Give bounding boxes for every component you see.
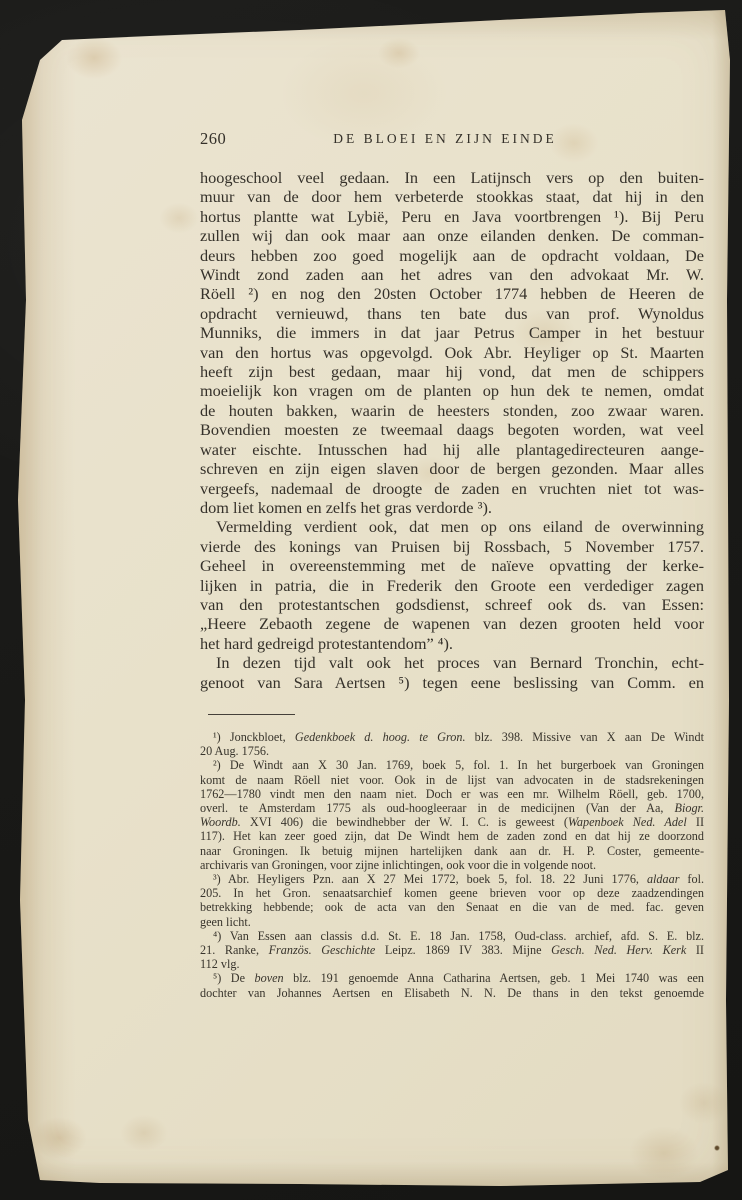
text-line: vergeefs, nademaal de droogte de zaden e…	[200, 479, 704, 498]
text-line: Windt zond zaden aan het adres van den a…	[200, 265, 704, 284]
text-line: van den protestantschen godsdienst, schr…	[200, 595, 704, 614]
footnote: ⁵) De boven blz. 191 genoemde Anna Catha…	[200, 971, 704, 999]
page-number: 260	[200, 129, 226, 149]
text-line: genoot van Sara Aertsen ⁵) tegen eene be…	[200, 673, 704, 692]
text-line: water eischte. Intusschen had hij alle p…	[200, 440, 704, 459]
text-line: lijken in patria, die in Frederik den Gr…	[200, 576, 704, 595]
paper-page: 260 DE BLOEI EN ZIJN EINDE hoogeschool v…	[14, 8, 732, 1188]
paragraph: Vermelding verdient ook, dat men op ons …	[200, 517, 704, 653]
footnote-line: naar Groningen. Ik betuig mijnen harteli…	[200, 844, 704, 858]
footnote-line: geen licht.	[200, 915, 704, 929]
text-line: opdracht vernieuwd, thans ten bate dus v…	[200, 304, 704, 323]
footnote-line: archivaris van Groningen, voor zijne inl…	[200, 858, 704, 872]
footnote-line: overl. te Amsterdam 1775 als oud-hooglee…	[200, 801, 704, 815]
running-header: DE BLOEI EN ZIJN EINDE	[200, 129, 704, 147]
footnote-line: 20 Aug. 1756.	[200, 744, 704, 758]
footnote-line: betrekking hebbende; ook de acta van den…	[200, 900, 704, 914]
text-line: hortus plantte wat Lybië, Peru en Java v…	[200, 207, 704, 226]
text-line: muur van de door hem verbeterde stookkas…	[200, 187, 704, 206]
text-line: vierde des konings van Pruisen bij Rossb…	[200, 537, 704, 556]
text-line: de houten bakken, waarin de heesters sto…	[200, 401, 704, 420]
footnote-line: 205. In het Gron. senaatsarchief komen g…	[200, 886, 704, 900]
text-line: deurs hebben zoo goed mogelijk aan de op…	[200, 246, 704, 265]
text-line: Vermelding verdient ook, dat men op ons …	[200, 517, 704, 536]
text-line: van den hortus was opgevolgd. Ook Abr. H…	[200, 343, 704, 362]
footnote-separator	[208, 714, 295, 715]
footnote-line: komt de naam Röell niet voor. Ook in de …	[200, 773, 704, 787]
footnote-line: 112 vlg.	[200, 957, 704, 971]
text-line: dom liet komen en zelfs het gras verdord…	[200, 498, 704, 517]
paragraph: In dezen tijd valt ook het proces van Be…	[200, 653, 704, 692]
footnote: ⁴) Van Essen aan classis d.d. St. E. 18 …	[200, 929, 704, 972]
text-line: moeielijk kon vragen om de planten op hu…	[200, 381, 704, 400]
footnotes: ¹) Jonckbloet, Gedenkboek d. hoog. te Gr…	[200, 730, 704, 1000]
footnote-line: 117). Het kan zeer goed zijn, dat De Win…	[200, 829, 704, 843]
body-text: hoogeschool veel gedaan. In een Latijnsc…	[200, 168, 704, 692]
footnote-line: ²) De Windt aan X 30 Jan. 1769, boek 5, …	[200, 758, 704, 772]
footnote-line: 21. Ranke, Französ. Geschichte Leipz. 18…	[200, 943, 704, 957]
footnote: ¹) Jonckbloet, Gedenkboek d. hoog. te Gr…	[200, 730, 704, 758]
text-line: „Heere Zebaoth zegene de wapenen van dez…	[200, 614, 704, 633]
footnote-line: ⁵) De boven blz. 191 genoemde Anna Catha…	[200, 971, 704, 985]
footnote-line: dochter van Johannes Aertsen en Elisabet…	[200, 986, 704, 1000]
paragraph: hoogeschool veel gedaan. In een Latijnsc…	[200, 168, 704, 517]
text-line: heeft zijn best gedaan, maar hij vond, d…	[200, 362, 704, 381]
text-line: het hard gedreigd protestantendom” ⁴).	[200, 634, 704, 653]
footnote: ²) De Windt aan X 30 Jan. 1769, boek 5, …	[200, 758, 704, 872]
footnote-line: 1762—1780 vindt men den naam niet. Doch …	[200, 787, 704, 801]
text-line: hoogeschool veel gedaan. In een Latijnsc…	[200, 168, 704, 187]
footnote-line: ⁴) Van Essen aan classis d.d. St. E. 18 …	[200, 929, 704, 943]
footnote-line: ¹) Jonckbloet, Gedenkboek d. hoog. te Gr…	[200, 730, 704, 744]
text-line: Geheel in overeenstemming met de naïeve …	[200, 556, 704, 575]
text-line: In dezen tijd valt ook het proces van Be…	[200, 653, 704, 672]
text-line: Röell ²) en nog den 20sten October 1774 …	[200, 284, 704, 303]
text-line: Bovendien moesten ze tweemaal daags bego…	[200, 420, 704, 439]
footnote-line: ³) Abr. Heyligers Pzn. aan X 27 Mei 1772…	[200, 872, 704, 886]
footnote-line: Woordb. XVI 406) die bewindhebber der W.…	[200, 815, 704, 829]
text-line: Munniks, die immers in dat jaar Petrus C…	[200, 323, 704, 342]
text-line: zullen wij dan ook maar aan onze eilande…	[200, 226, 704, 245]
header-row: 260 DE BLOEI EN ZIJN EINDE	[200, 129, 704, 149]
footnote: ³) Abr. Heyligers Pzn. aan X 27 Mei 1772…	[200, 872, 704, 929]
text-line: schreven en zijn eigen slaven door de be…	[200, 459, 704, 478]
